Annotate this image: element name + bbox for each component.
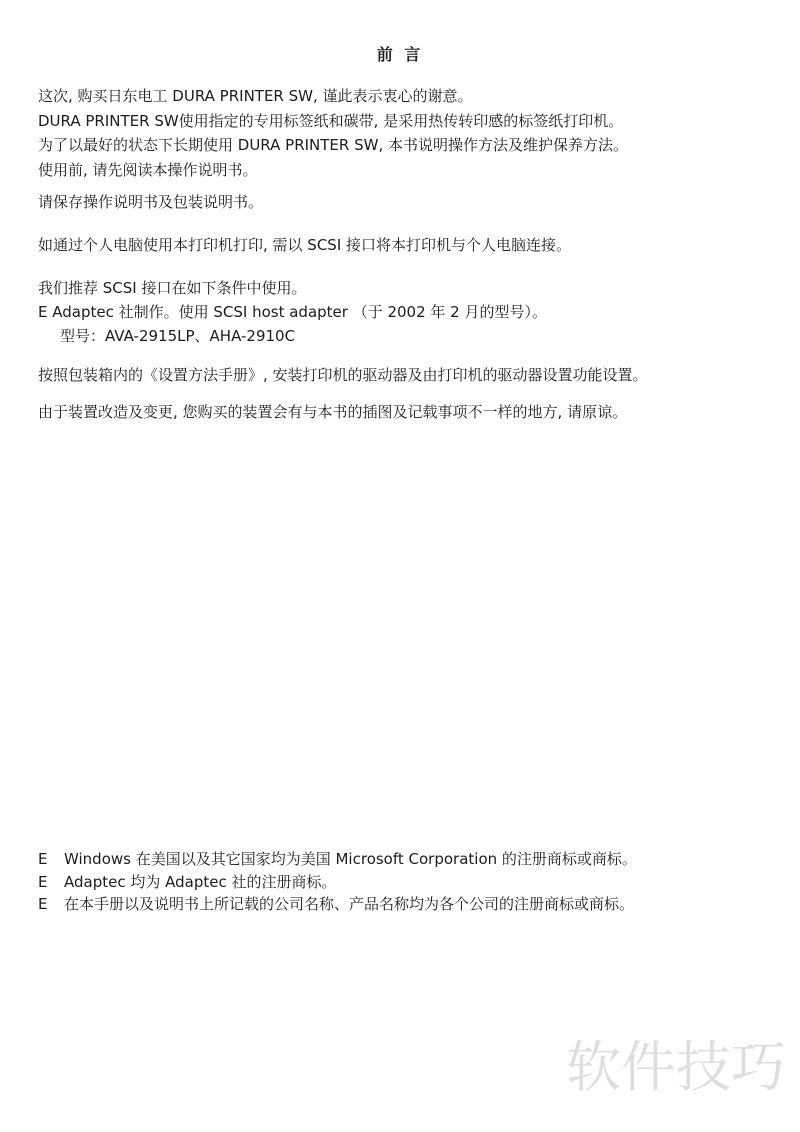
trademark-item: E Windows 在美国以及其它国家均为美国 Microsoft Corpor… — [38, 848, 780, 871]
trademark-item: E 在本手册以及说明书上所记载的公司名称、产品名称均为各个公司的注册商标或商标。 — [38, 893, 780, 916]
paragraph-setup-guide: 按照包装箱内的《设置方法手册》, 安装打印机的驱动器及由打印机的驱动器设置功能设… — [38, 363, 780, 388]
page-title: 前 言 — [0, 42, 800, 65]
paragraph-intro: 这次, 购买日东电工 DURA PRINTER SW, 谨此表示衷心的谢意。 D… — [38, 84, 780, 182]
paragraph-keep-manual: 请保存操作说明书及包装说明书。 — [38, 190, 780, 215]
bullet-marker: E — [38, 871, 64, 894]
document-page: 前 言 这次, 购买日东电工 DURA PRINTER SW, 谨此表示衷心的谢… — [0, 0, 800, 1132]
text-line: 由于装置改造及变更, 您购买的装置会有与本书的插图及记载事项不一样的地方, 请原… — [38, 400, 780, 425]
text-line: 我们推荐 SCSI 接口在如下条件中使用。 — [38, 276, 780, 300]
bullet-marker: E — [38, 848, 64, 871]
bullet-marker: E — [38, 893, 64, 916]
watermark: 软件技巧 — [566, 1040, 786, 1095]
text-line: 为了以最好的状态下长期使用 DURA PRINTER SW, 本书说明操作方法及… — [38, 133, 780, 158]
paragraph-change-notice: 由于装置改造及变更, 您购买的装置会有与本书的插图及记载事项不一样的地方, 请原… — [38, 400, 780, 425]
text-line: 按照包装箱内的《设置方法手册》, 安装打印机的驱动器及由打印机的驱动器设置功能设… — [38, 363, 780, 388]
paragraph-scsi-connection: 如通过个人电脑使用本打印机打印, 需以 SCSI 接口将本打印机与个人电脑连接。 — [38, 233, 780, 258]
text-line: 使用前, 请先阅读本操作说明书。 — [38, 158, 780, 183]
trademark-text: Windows 在美国以及其它国家均为美国 Microsoft Corporat… — [64, 848, 637, 871]
text-line: E Adaptec 社制作。使用 SCSI host adapter （于 20… — [38, 300, 780, 324]
text-line: 请保存操作说明书及包装说明书。 — [38, 190, 780, 215]
trademark-item: E Adaptec 均为 Adaptec 社的注册商标。 — [38, 871, 780, 894]
text-line: 如通过个人电脑使用本打印机打印, 需以 SCSI 接口将本打印机与个人电脑连接。 — [38, 233, 780, 258]
trademark-text: 在本手册以及说明书上所记载的公司名称、产品名称均为各个公司的注册商标或商标。 — [64, 893, 634, 916]
trademark-text: Adaptec 均为 Adaptec 社的注册商标。 — [64, 871, 336, 894]
text-line: DURA PRINTER SW使用指定的专用标签纸和碳带, 是采用热传转印感的标… — [38, 109, 780, 134]
paragraph-scsi-recommendation: 我们推荐 SCSI 接口在如下条件中使用。 E Adaptec 社制作。使用 S… — [38, 276, 780, 348]
text-line: 这次, 购买日东电工 DURA PRINTER SW, 谨此表示衷心的谢意。 — [38, 84, 780, 109]
trademark-notes: E Windows 在美国以及其它国家均为美国 Microsoft Corpor… — [38, 848, 780, 916]
text-line-model-numbers: 型号：AVA-2915LP、AHA-2910C — [38, 324, 780, 348]
